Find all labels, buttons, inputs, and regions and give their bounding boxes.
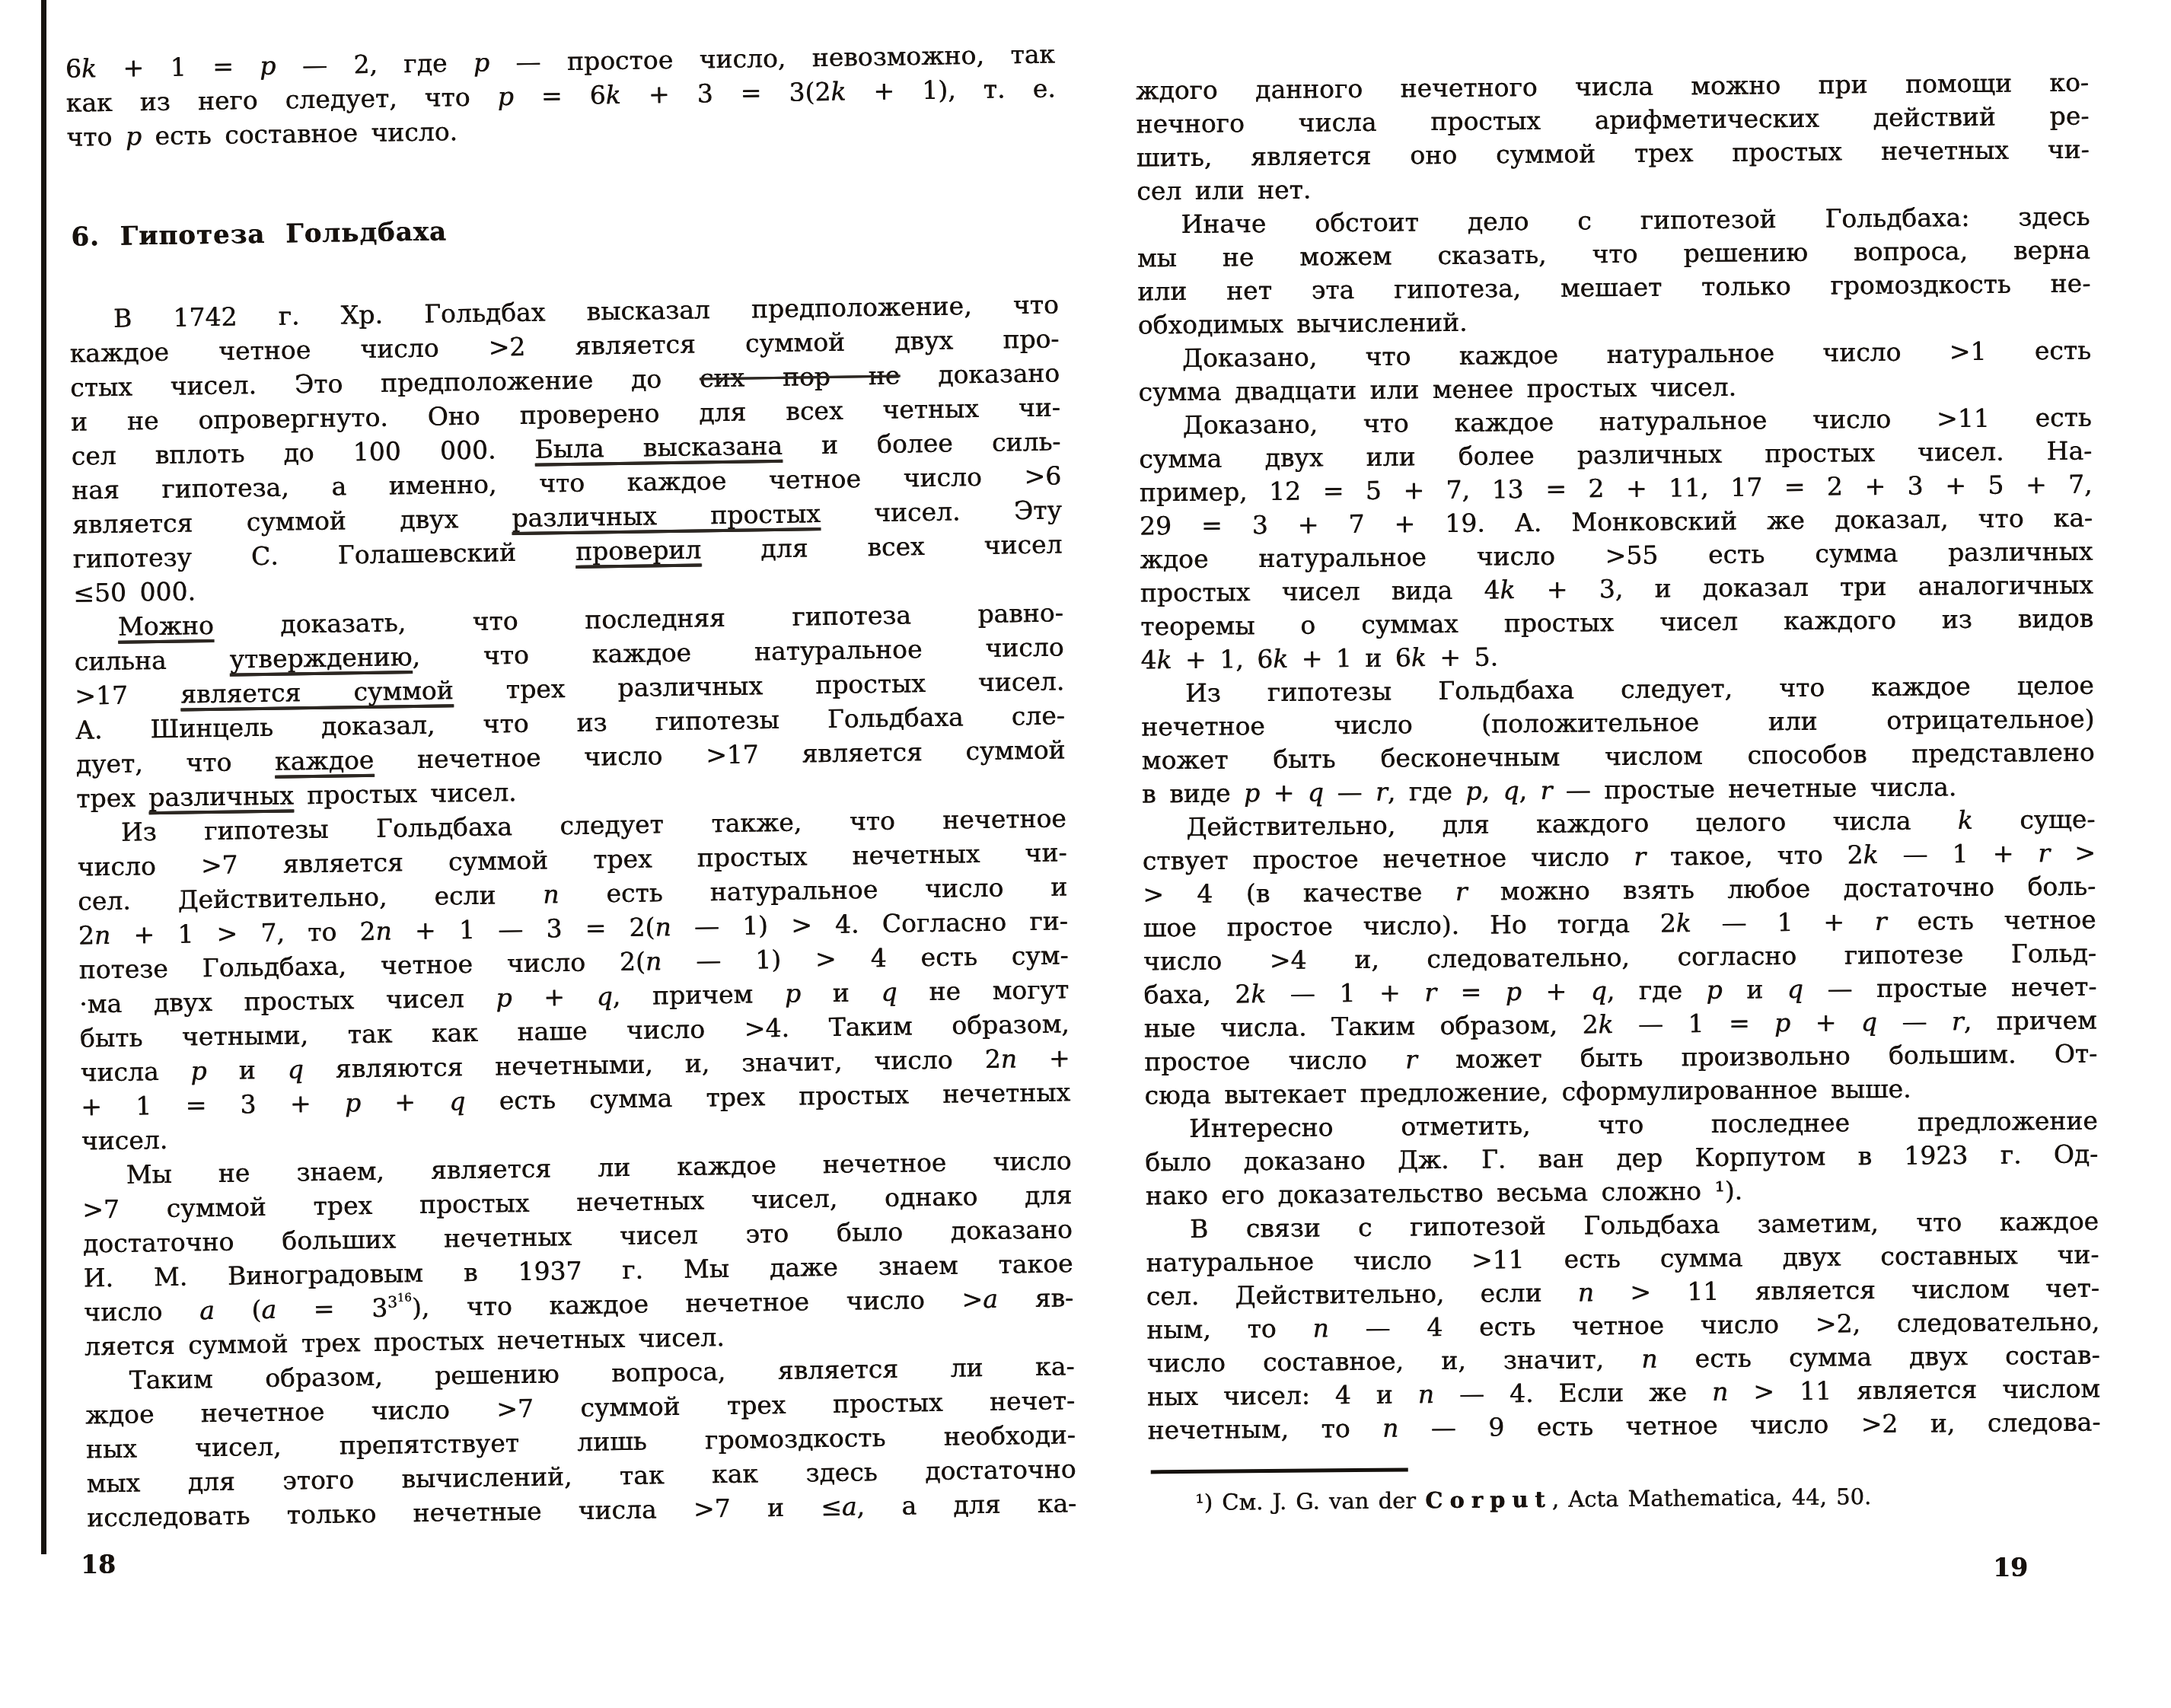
paragraph: Из гипотезы Гольдбаха следует, что каждо… — [1141, 669, 2095, 811]
paragraph: Мы не знаем, является ли каждое нечетное… — [81, 1143, 1074, 1363]
paragraph: 6k + 1 = p — 2, где p — простое число, н… — [65, 37, 1057, 154]
page-left-text-column: 6k + 1 = p — 2, где p — простое число, н… — [65, 37, 1077, 1534]
section-heading: 6. Гипотеза Гольдбаха — [71, 205, 1058, 254]
paragraph: ждого данного нечетного числа можно при … — [1136, 66, 2090, 209]
page-right: ждого данного нечетного числа можно при … — [1142, 70, 2095, 1684]
page-number-right: 19 — [1993, 1553, 2028, 1582]
page-right-text-column: ждого данного нечетного числа можно при … — [1136, 66, 2102, 1518]
footnote-rule — [1151, 1467, 1408, 1474]
paragraph: Можно доказать, что последняя гипотеза р… — [74, 595, 1066, 815]
paragraph: Доказано, что каждое натуральное число >… — [1139, 401, 2094, 677]
spaced-name: Corput — [1425, 1487, 1552, 1513]
page-number-left: 18 — [81, 1550, 116, 1579]
paragraph: В 1742 г. Хр. Гольдбах высказал предполо… — [69, 287, 1063, 610]
paragraph: Интересно отметить, что последнее предло… — [1145, 1104, 2099, 1213]
scan-edge-artifact — [41, 0, 46, 1554]
paragraph: Иначе обстоит дело с гипотезой Гольдбаха… — [1137, 200, 2090, 343]
paragraph: Доказано, что каждое натуральное число >… — [1138, 334, 2092, 409]
paragraph: Таким образом, решению вопроса, является… — [84, 1349, 1076, 1534]
footnote: ¹) См. J. G. van der Corput, Acta Mathem… — [1148, 1480, 2101, 1518]
paragraph: Из гипотезы Гольдбаха следует также, что… — [77, 801, 1072, 1158]
page-left: 6k + 1 = p — 2, где p — простое число, н… — [76, 44, 1066, 1658]
paragraph: Действительно, для каждого целого числа … — [1142, 803, 2097, 1113]
paragraph: В связи с гипотезой Гольдбаха заметим, ч… — [1146, 1205, 2101, 1448]
